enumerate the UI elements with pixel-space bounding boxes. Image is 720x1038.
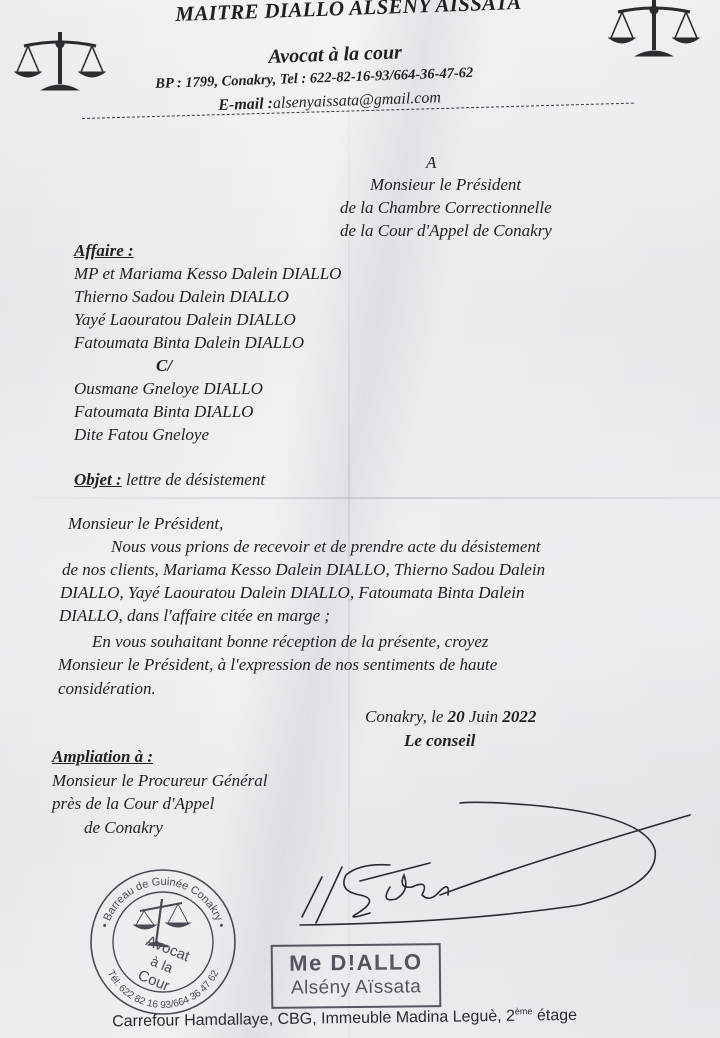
stamp-line-2: Alsény Aïssata: [273, 975, 439, 1001]
footer-superscript: ème: [515, 1006, 533, 1016]
versus-mark: C/: [74, 354, 341, 377]
recipient-line: de la Cour d'Appel de Conakry: [340, 220, 552, 242]
body-line: En vous souhaitant bonne réception de la…: [92, 630, 488, 654]
salutation: Monsieur le Président,: [68, 512, 223, 536]
body-line: de nos clients, Mariama Kesso Dalein DIA…: [62, 558, 545, 582]
plaintiff: Fatoumata Binta Dalein DIALLO: [74, 331, 341, 354]
scales-of-justice-icon: [608, 0, 700, 58]
recipient-line: de la Chambre Correctionnelle: [340, 197, 552, 219]
body-line: Nous vous prions de recevoir et de prend…: [111, 535, 541, 559]
scales-of-justice-icon: [14, 30, 106, 92]
plaintiff: Thierno Sadou Dalein DIALLO: [74, 285, 341, 308]
body-line: Monsieur le Président, à l'expression de…: [58, 653, 497, 677]
recipient-line-a: A: [426, 152, 436, 174]
affaire-section: Affaire : MP et Mariama Kesso Dalein DIA…: [74, 239, 341, 491]
fold-line: [0, 497, 720, 499]
dateline: Conakry, le 20 Juin 2022: [365, 705, 536, 729]
lawyer-name-stamp: Me D!ALLO Alsény Aïssata: [271, 943, 442, 1009]
defendant: Dite Fatou Gneloye: [74, 423, 341, 446]
bar-association-seal: • Barreau de Guinée Conakry • Tél: 622 8…: [88, 867, 238, 1017]
objet-line: Objet : lettre de désistement: [74, 468, 341, 491]
date-day: 20: [448, 707, 465, 726]
objet-label: Objet :: [74, 470, 122, 489]
affaire-label: Affaire :: [74, 239, 341, 262]
footer-address-text: Carrefour Hamdallaye, CBG, Immeuble Madi…: [112, 1008, 515, 1031]
body-line: DIALLO, dans l'affaire citée en marge ;: [59, 604, 330, 628]
recipient-line: Monsieur le Président: [370, 174, 521, 196]
defendant: Fatoumata Binta DIALLO: [74, 400, 341, 423]
date-month: Juin: [465, 707, 503, 726]
body-line: considération.: [58, 677, 156, 701]
body-line: DIALLO, Yayé Laouratou Dalein DIALLO, Fa…: [60, 581, 525, 605]
ampliation-line: près de la Cour d'Appel: [52, 792, 267, 816]
defendant: Ousmane Gneloye DIALLO: [74, 377, 341, 400]
ampliation-line: Monsieur le Procureur Général: [52, 769, 267, 793]
objet-value: lettre de désistement: [126, 470, 265, 489]
signatory-label: Le conseil: [404, 729, 475, 753]
handwritten-signature: [280, 795, 710, 930]
stamp-line-1: Me D!ALLO: [273, 949, 439, 977]
ampliation-line: de Conakry: [52, 816, 267, 840]
ampliation-label: Ampliation à :: [52, 745, 267, 769]
footer-address-tail: étage: [532, 1007, 577, 1025]
date-place: Conakry, le: [365, 707, 448, 726]
plaintiff: MP et Mariama Kesso Dalein DIALLO: [74, 262, 341, 285]
ampliation-section: Ampliation à : Monsieur le Procureur Gén…: [52, 745, 267, 839]
plaintiff: Yayé Laouratou Dalein DIALLO: [74, 308, 341, 331]
email-label: E-mail :: [218, 95, 273, 114]
letterhead-title: Avocat à la cour: [268, 41, 402, 69]
letter-page: MAITRE DIALLO ALSENY AISSATA Avocat à la…: [0, 0, 720, 1038]
date-year: 2022: [502, 707, 536, 726]
